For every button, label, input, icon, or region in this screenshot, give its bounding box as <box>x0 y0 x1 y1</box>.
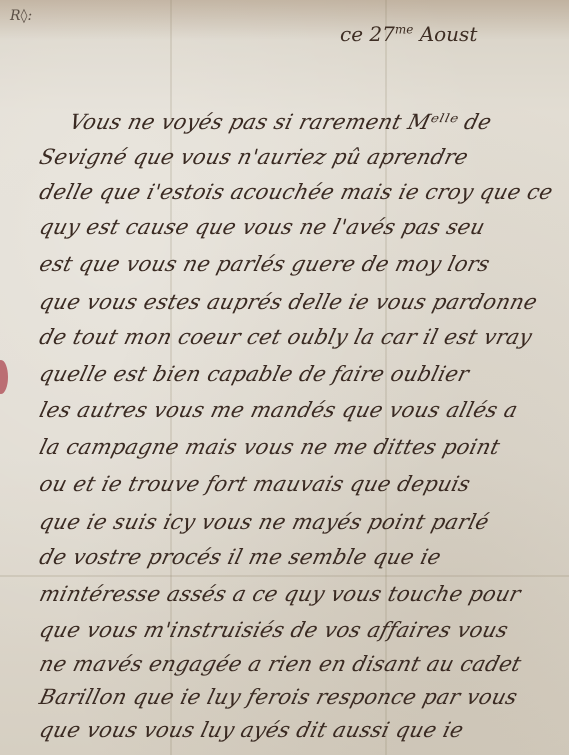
text-line: est que vous ne parlés guere de moy lors <box>37 252 492 276</box>
text-line: quy est cause que vous ne l'avés pas seu <box>37 215 488 239</box>
text-line: de vostre procés il me semble que ie <box>37 545 444 569</box>
date-suffix: me <box>395 22 413 36</box>
text-line: que vous estes auprés delle ie vous pard… <box>37 290 540 314</box>
text-line: de tout mon coeur cet oubly la car il es… <box>37 325 535 349</box>
text-line: quelle est bien capable de faire oublier <box>37 362 472 386</box>
fold-line <box>0 575 569 577</box>
text-line: ou et ie trouve fort mauvais que depuis <box>37 472 473 496</box>
wax-seal-remnant <box>0 360 8 394</box>
text-line: delle que i'estois acouchée mais ie croy… <box>37 180 555 204</box>
letter-date: ce 27me Aoust <box>340 22 477 46</box>
water-stain <box>0 0 569 40</box>
date-day: ce 27 <box>340 22 395 46</box>
letter-page: R◊: ce 27me Aoust Vous ne voyés pas si r… <box>0 0 569 755</box>
text-line: que vous m'instruisiés de vos affaires v… <box>37 618 511 642</box>
text-line: Sevigné que vous n'auriez pû aprendre <box>37 145 471 169</box>
date-month: Aoust <box>420 22 478 46</box>
text-line: la campagne mais vous ne me dittes point <box>37 435 503 459</box>
reference-mark: R◊: <box>10 8 32 24</box>
text-line: que ie suis icy vous ne mayés point parl… <box>37 510 492 534</box>
text-line: Barillon que ie luy ferois responce par … <box>37 685 520 709</box>
text-line: les autres vous me mandés que vous allés… <box>37 398 520 422</box>
text-line: Vous ne voyés pas si rarement Mᵉˡˡᵉ de <box>67 110 494 134</box>
text-line: mintéresse assés a ce quy vous touche po… <box>37 582 523 606</box>
text-line: ne mavés engagée a rien en disant au cad… <box>37 652 524 676</box>
text-line: que vous vous luy ayés dit aussi que ie <box>37 718 466 742</box>
